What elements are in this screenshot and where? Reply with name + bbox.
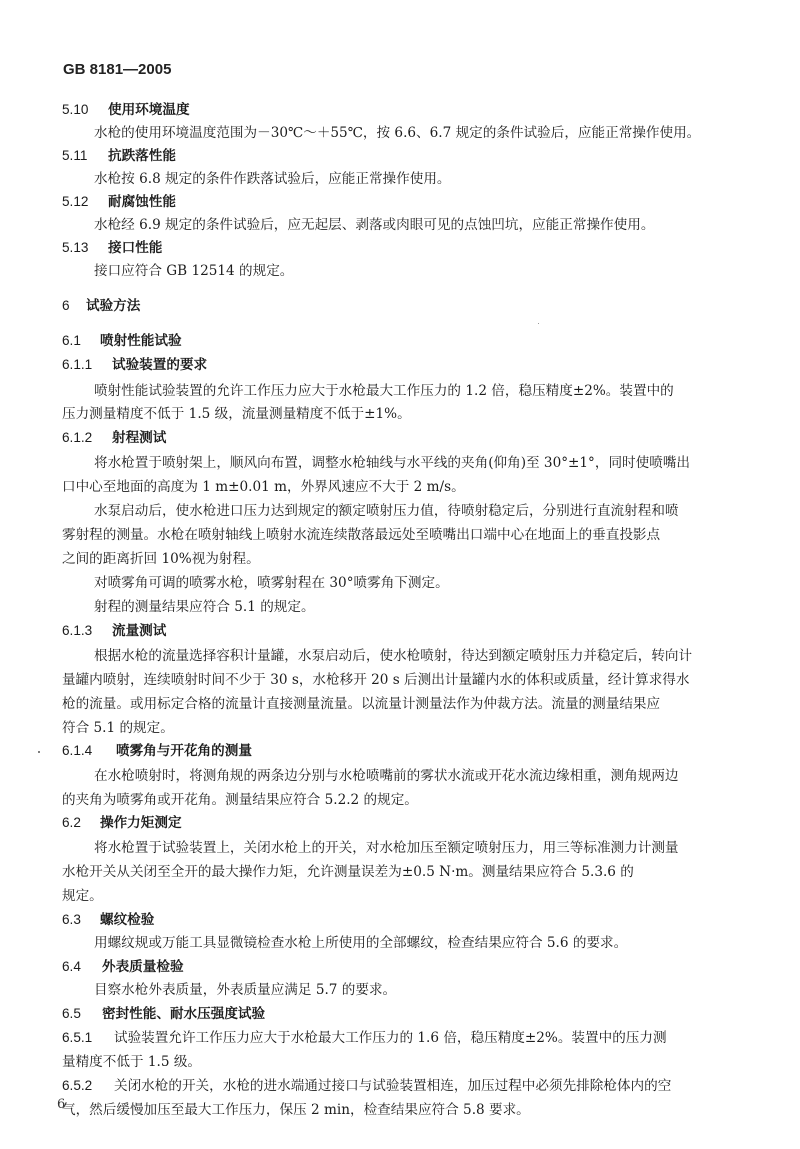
clause-number: 6.5.1 xyxy=(62,1028,114,1048)
section-heading-6-1-2: 6.1.2射程测试 xyxy=(62,428,166,448)
section-number: 6.1.2 xyxy=(62,428,112,448)
paragraph-line: 接口应符合 GB 12514 的规定。 xyxy=(94,261,293,281)
chapter-heading-6: 6试验方法 xyxy=(62,296,140,316)
standard-number-header: GB 8181—2005 xyxy=(63,61,171,78)
chapter-number: 6 xyxy=(62,296,86,316)
section-title: 喷雾角与开花角的测量 xyxy=(116,743,252,759)
section-heading-5-12: 5.12耐腐蚀性能 xyxy=(62,192,176,212)
section-number: 6.1 xyxy=(62,331,100,351)
section-title: 试验装置的要求 xyxy=(112,357,207,373)
section-number: 5.10 xyxy=(62,100,108,120)
paragraph-line: 量精度不低于 1.5 级。 xyxy=(62,1052,201,1072)
section-number: 6.2 xyxy=(62,813,100,833)
scan-speck xyxy=(38,751,40,753)
scan-speck xyxy=(538,323,539,324)
paragraph-line: 射程的测量结果应符合 5.1 的规定。 xyxy=(94,597,315,617)
paragraph-line: 对喷雾角可调的喷雾水枪，喷雾射程在 30°喷雾角下测定。 xyxy=(94,573,449,593)
clause-text: 关闭水枪的开关，水枪的进水端通过接口与试验装置相连，加压过程中必须先排除枪体内的… xyxy=(114,1078,671,1094)
section-heading-6-1: 6.1喷射性能试验 xyxy=(62,331,182,351)
section-title: 使用环境温度 xyxy=(108,102,190,118)
paragraph-line: 目察水枪外表质量，外表质量应满足 5.7 的要求。 xyxy=(94,980,396,1000)
section-number: 6.1.1 xyxy=(62,355,112,375)
section-heading-6-1-3: 6.1.3流量测试 xyxy=(62,621,166,641)
section-heading-6-2: 6.2操作力矩测定 xyxy=(62,813,182,833)
paragraph-line: 雾射程的测量。水枪在喷射轴线上喷射水流连续散落最远处至喷嘴出口端中心在地面上的垂… xyxy=(62,525,660,545)
paragraph-line: 口中心至地面的高度为 1 m±0.01 m，外界风速应不大于 2 m/s。 xyxy=(62,477,465,497)
paragraph-line: 水枪经 6.9 规定的条件试验后，应无起层、剥落或肉眼可见的点蚀凹坑，应能正常操… xyxy=(94,215,654,235)
paragraph-line: 枪的流量。或用标定合格的流量计直接测量流量。以流量计测量法作为仲裁方法。流量的测… xyxy=(62,694,660,714)
section-title: 射程测试 xyxy=(112,430,166,446)
section-number: 6.3 xyxy=(62,910,100,930)
paragraph-line: 规定。 xyxy=(62,886,103,906)
section-number: 5.13 xyxy=(62,238,108,258)
section-number: 5.11 xyxy=(62,146,108,166)
paragraph-line: 用螺纹规或万能工具显微镜检查水枪上所使用的全部螺纹，检查结果应符合 5.6 的要… xyxy=(94,933,627,953)
paragraph-line: 水泵启动后，使水枪进口压力达到规定的额定喷射压力值，待喷射稳定后，分别进行直流射… xyxy=(94,501,679,521)
paragraph-line: 将水枪置于试验装置上，关闭水枪上的开关，对水枪加压至额定喷射压力，用三等标准测力… xyxy=(94,838,679,858)
section-heading-5-13: 5.13接口性能 xyxy=(62,238,162,258)
paragraph-line: 水枪按 6.8 规定的条件作跌落试验后，应能正常操作使用。 xyxy=(94,169,451,189)
section-heading-5-11: 5.11抗跌落性能 xyxy=(62,146,176,166)
section-title: 耐腐蚀性能 xyxy=(108,194,176,210)
section-heading-6-5: 6.5密封性能、耐水压强度试验 xyxy=(62,1004,265,1024)
section-number: 6.4 xyxy=(62,957,102,977)
section-heading-6-1-4: 6.1.4喷雾角与开花角的测量 xyxy=(62,741,252,761)
paragraph-line: 水枪的使用环境温度范围为－30℃～＋55℃，按 6.6、6.7 规定的条件试验后… xyxy=(94,123,700,143)
paragraph-line: 在水枪喷射时，将测角规的两条边分别与水枪喷嘴前的雾状水流或开花水流边缘相重，测角… xyxy=(94,766,679,786)
paragraph-line: 水枪开关从关闭至全开的最大操作力矩，允许测量误差为±0.5 N·m。测量结果应符… xyxy=(62,862,634,882)
section-title: 抗跌落性能 xyxy=(108,148,176,164)
section-number: 5.12 xyxy=(62,192,108,212)
section-title: 流量测试 xyxy=(112,623,166,639)
paragraph-line: 量罐内喷射，连续喷射时间不少于 30 s，水枪移开 20 s 后测出计量罐内水的… xyxy=(62,670,690,690)
page-number: 6 xyxy=(57,1097,65,1112)
section-heading-6-4: 6.4外表质量检验 xyxy=(62,957,184,977)
paragraph-line: 符合 5.1 的规定。 xyxy=(62,718,174,738)
section-heading-6-1-1: 6.1.1试验装置的要求 xyxy=(62,355,207,375)
paragraph-line: 之间的距离折回 10%视为射程。 xyxy=(62,549,260,569)
chapter-title: 试验方法 xyxy=(86,298,140,314)
document-page: GB 8181—2005 5.10使用环境温度 水枪的使用环境温度范围为－30℃… xyxy=(0,0,800,1149)
clause-6-5-1-line: 6.5.1试验装置允许工作压力应大于水枪最大工作压力的 1.6 倍，稳压精度±2… xyxy=(62,1028,667,1048)
section-title: 接口性能 xyxy=(108,240,162,256)
paragraph-line: 气，然后缓慢加压至最大工作压力，保压 2 min，检查结果应符合 5.8 要求。 xyxy=(62,1100,530,1120)
section-title: 喷射性能试验 xyxy=(100,333,182,349)
section-heading-5-10: 5.10使用环境温度 xyxy=(62,100,190,120)
paragraph-line: 喷射性能试验装置的允许工作压力应大于水枪最大工作压力的 1.2 倍，稳压精度±2… xyxy=(94,381,674,401)
paragraph-line: 将水枪置于喷射架上，顺风向布置，调整水枪轴线与水平线的夹角(仰角)至 30°±1… xyxy=(94,453,690,473)
paragraph-line: 的夹角为喷雾角或开花角。测量结果应符合 5.2.2 的规定。 xyxy=(62,790,418,810)
section-number: 6.1.4 xyxy=(62,741,116,761)
section-title: 外表质量检验 xyxy=(102,959,184,975)
section-title: 操作力矩测定 xyxy=(100,815,182,831)
section-title: 密封性能、耐水压强度试验 xyxy=(102,1006,265,1022)
clause-number: 6.5.2 xyxy=(62,1076,114,1096)
paragraph-line: 压力测量精度不低于 1.5 级，流量测量精度不低于±1%。 xyxy=(62,404,411,424)
section-number: 6.5 xyxy=(62,1004,102,1024)
section-number: 6.1.3 xyxy=(62,621,112,641)
section-heading-6-3: 6.3螺纹检验 xyxy=(62,910,154,930)
section-title: 螺纹检验 xyxy=(100,912,154,928)
clause-text: 试验装置允许工作压力应大于水枪最大工作压力的 1.6 倍，稳压精度±2%。装置中… xyxy=(114,1030,667,1046)
paragraph-line: 根据水枪的流量选择容积计量罐，水泵启动后，使水枪喷射，待达到额定喷射压力并稳定后… xyxy=(94,646,692,666)
clause-6-5-2-line: 6.5.2关闭水枪的开关，水枪的进水端通过接口与试验装置相连，加压过程中必须先排… xyxy=(62,1076,671,1096)
